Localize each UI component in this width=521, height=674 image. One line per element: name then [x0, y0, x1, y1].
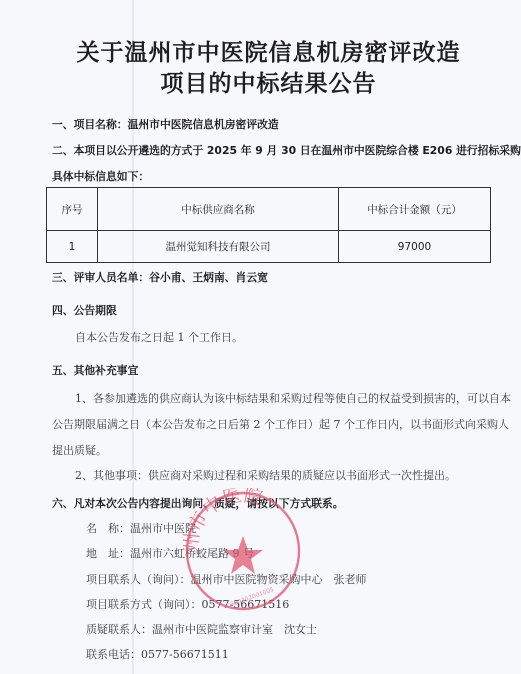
section-procurement-method-cont: 具体中标信息如下：: [52, 170, 149, 184]
document-title-line2: 项目的中标结果公告: [8, 65, 521, 98]
document-title-line1: 关于温州市中医院信息机房密评改造: [8, 34, 521, 67]
cell-supplier: 温州觉知科技有限公司: [98, 231, 339, 263]
section-supplementary-heading: 五、其他补充事宜: [52, 364, 138, 378]
contact-name: 名 称：温州市中医院: [86, 522, 196, 536]
section-notice-period-heading: 四、公告期限: [52, 304, 117, 318]
section-contact-heading: 六、凡对本次公告内容提出询问、质疑，请按以下方式联系。: [52, 497, 344, 511]
section-notice-period-body: 自本公告发布之日起 1 个工作日。: [75, 331, 243, 345]
cell-amount: 97000: [339, 231, 491, 263]
supplementary-item1-line1: 1、各参加遴选的供应商认为该中标结果和采购过程等使自己的权益受到损害的，可以自本: [75, 392, 511, 406]
contact-complaint-phone: 联系电话：0577-56671511: [86, 648, 229, 662]
table-row: 1 温州觉知科技有限公司 97000: [47, 231, 491, 263]
table-header-row: 序号 中标供应商名称 中标合计金额（元）: [47, 188, 491, 231]
section-reviewers: 三、评审人员名单：谷小甫、王炳南、肖云宽: [52, 271, 268, 285]
contact-address: 地 址：温州市六虹桥蛟尾路 9 号: [86, 547, 254, 561]
header-index: 序号: [47, 188, 98, 231]
header-supplier: 中标供应商名称: [98, 188, 339, 231]
section-procurement-method: 二、本项目以公开遴选的方式于 2025 年 9 月 30 日在温州市中医院综合楼…: [52, 144, 521, 158]
header-amount: 中标合计金额（元）: [339, 188, 491, 231]
cell-index: 1: [47, 231, 98, 263]
contact-project-person: 项目联系人（询问）：温州市中医院物资采购中心 张老师: [86, 573, 367, 587]
supplementary-item1-line2: 公告期限届满之日（本公告发布之日后第 2 个工作日）起 7 个工作日内，以书面形…: [52, 418, 509, 432]
supplementary-item2: 2、其他事项：供应商对采购过程和采购结果的质疑应以书面形式一次性提出。: [75, 469, 456, 483]
supplementary-item1-line3: 提出质疑。: [52, 444, 107, 458]
section-project-name: 一、项目名称：温州市中医院信息机房密评改造: [52, 118, 279, 132]
award-table: 序号 中标供应商名称 中标合计金额（元） 1 温州觉知科技有限公司 97000: [46, 187, 491, 263]
contact-complaint-person: 质疑联系人：温州市中医院监察审计室 沈女士: [86, 623, 317, 637]
contact-project-phone: 项目联系方式（询问）：0577-56671516: [86, 598, 289, 612]
